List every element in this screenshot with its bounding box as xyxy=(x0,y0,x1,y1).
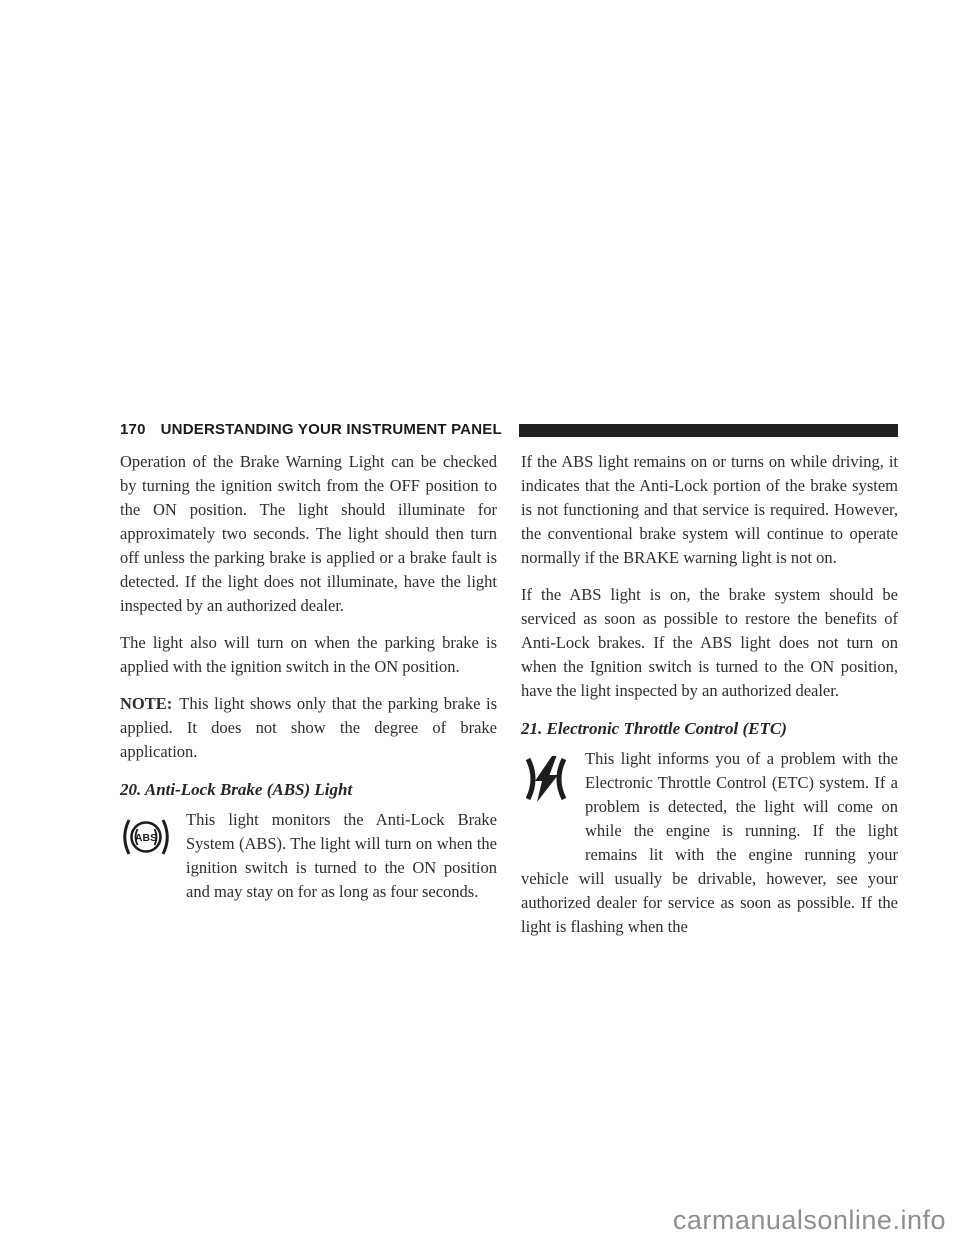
electronic-throttle-control-icon xyxy=(521,754,571,804)
two-column-body: Operation of the Brake Warning Light can… xyxy=(120,450,898,952)
right-column: If the ABS light remains on or turns on … xyxy=(521,450,898,952)
section-20-heading: 20. Anti-Lock Brake (ABS) Light xyxy=(120,779,497,801)
paragraph-abs-light: This light monitors the Anti-Lock Brake … xyxy=(186,808,497,904)
paragraph-brake-warning-check: Operation of the Brake Warning Light can… xyxy=(120,450,497,618)
abs-section: ABS This light monitors the Anti-Lock Br… xyxy=(120,808,497,917)
etc-icon-cell xyxy=(521,747,585,844)
etc-section: This light informs you of a problem with… xyxy=(521,747,898,939)
abs-warning-icon: ABS xyxy=(120,817,172,857)
page-number: 170 xyxy=(120,421,146,438)
abs-icon-label: ABS xyxy=(135,832,157,844)
watermark: carmanualsonline.info xyxy=(673,1205,946,1236)
paragraph-note: NOTE:This light shows only that the park… xyxy=(120,692,497,764)
note-label: NOTE: xyxy=(120,694,172,713)
header-title: UNDERSTANDING YOUR INSTRUMENT PANEL xyxy=(161,421,502,438)
note-text: This light shows only that the parking b… xyxy=(120,694,497,761)
paragraph-abs-remains-on: If the ABS light remains on or turns on … xyxy=(521,450,898,570)
running-header: 170 UNDERSTANDING YOUR INSTRUMENT PANEL xyxy=(120,421,898,438)
paragraph-abs-service: If the ABS light is on, the brake system… xyxy=(521,583,898,703)
paragraph-parking-brake-on: The light also will turn on when the par… xyxy=(120,631,497,679)
header-rule xyxy=(519,424,898,437)
abs-icon-cell: ABS xyxy=(120,808,186,917)
manual-page: 170 UNDERSTANDING YOUR INSTRUMENT PANEL … xyxy=(0,0,960,1242)
left-column: Operation of the Brake Warning Light can… xyxy=(120,450,497,952)
section-21-heading: 21. Electronic Throttle Control (ETC) xyxy=(521,718,898,740)
